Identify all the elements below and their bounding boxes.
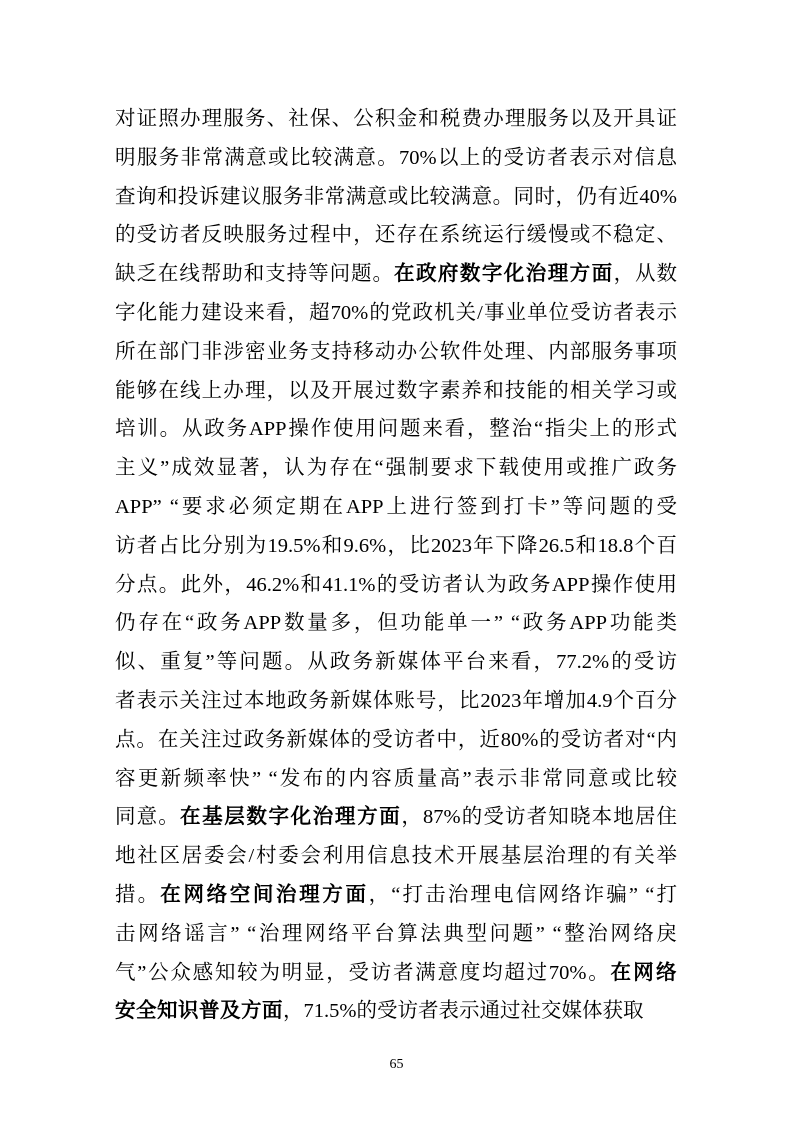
- text-line: 所在部门非涉密业务支持移动办公软件处理、内部服务事项: [115, 333, 677, 372]
- text-line: 培训。从政务APP操作使用问题来看，整治“指尖上的形式: [115, 410, 677, 449]
- bold-heading-segment: 在网络空间治理方面: [160, 883, 368, 906]
- text-segment: 容更新频率快” “发布的内容质量高”表示非常同意或比较: [115, 768, 677, 790]
- text-line: 同意。在基层数字化治理方面，87%的受访者知晓本地居住: [115, 798, 677, 837]
- text-line: 明服务非常满意或比较满意。70%以上的受访者表示对信息: [115, 139, 677, 178]
- text-segment: 的受访者反映服务过程中，还存在系统运行缓慢或不稳定、: [115, 224, 677, 246]
- text-segment: 培训。从政务APP操作使用问题来看，整治“指尖上的形式: [115, 418, 677, 440]
- text-segment: 措。: [115, 884, 160, 906]
- text-segment: 击网络谣言” “治理网络平台算法典型问题” “整治网络戾: [115, 923, 677, 945]
- text-line: 点。在关注过政务新媒体的受访者中，近80%的受访者对“内: [115, 721, 677, 760]
- text-line: 缺乏在线帮助和支持等问题。在政府数字化治理方面，从数: [115, 255, 677, 294]
- text-segment: 能够在线上办理，以及开展过数字素养和技能的相关学习或: [115, 380, 677, 402]
- text-segment: 仍存在“政务APP数量多，但功能单一” “政务APP功能类: [115, 612, 677, 634]
- text-line: 分点。此外，46.2%和41.1%的受访者认为政务APP操作使用: [115, 566, 677, 605]
- bold-heading-segment: 安全知识普及方面: [115, 999, 283, 1022]
- text-line: 似、重复”等问题。从政务新媒体平台来看，77.2%的受访: [115, 643, 677, 682]
- text-line: 安全知识普及方面，71.5%的受访者表示通过社交媒体获取: [115, 992, 677, 1031]
- text-segment: 查询和投诉建议服务非常满意或比较满意。同时，仍有近40%: [115, 186, 677, 208]
- text-segment: 似、重复”等问题。从政务新媒体平台来看，77.2%的受访: [115, 651, 677, 673]
- page-number: 65: [0, 1057, 793, 1073]
- text-segment: 明服务非常满意或比较满意。70%以上的受访者表示对信息: [115, 147, 677, 169]
- text-segment: 地社区居委会/村委会利用信息技术开展基层治理的有关举: [115, 845, 677, 867]
- body-text: 对证照办理服务、社保、公积金和税费办理服务以及开具证明服务非常满意或比较满意。7…: [115, 100, 677, 1031]
- text-line: 击网络谣言” “治理网络平台算法典型问题” “整治网络戾: [115, 915, 677, 954]
- text-line: 仍存在“政务APP数量多，但功能单一” “政务APP功能类: [115, 604, 677, 643]
- text-segment: 所在部门非涉密业务支持移动办公软件处理、内部服务事项: [115, 341, 677, 363]
- text-line: 措。在网络空间治理方面，“打击治理电信网络诈骗” “打: [115, 876, 677, 915]
- text-segment: 对证照办理服务、社保、公积金和税费办理服务以及开具证: [115, 108, 677, 130]
- text-segment: 同意。: [115, 806, 180, 828]
- text-line: 查询和投诉建议服务非常满意或比较满意。同时，仍有近40%: [115, 178, 677, 217]
- text-line: APP” “要求必须定期在APP上进行签到打卡”等问题的受: [115, 488, 677, 527]
- text-line: 字化能力建设来看，超70%的党政机关/事业单位受访者表示: [115, 294, 677, 333]
- text-segment: 字化能力建设来看，超70%的党政机关/事业单位受访者表示: [115, 302, 677, 324]
- text-segment: ，87%的受访者知晓本地居住: [401, 806, 677, 828]
- text-line: 气”公众感知较为明显，受访者满意度均超过70%。在网络: [115, 954, 677, 993]
- text-segment: 点。在关注过政务新媒体的受访者中，近80%的受访者对“内: [115, 729, 677, 751]
- text-line: 能够在线上办理，以及开展过数字素养和技能的相关学习或: [115, 372, 677, 411]
- text-segment: 主义”成效显著，认为存在“强制要求下载使用或推广政务: [115, 457, 677, 479]
- text-line: 的受访者反映服务过程中，还存在系统运行缓慢或不稳定、: [115, 216, 677, 255]
- text-segment: 访者占比分别为19.5%和9.6%，比2023年下降26.5和18.8个百: [115, 535, 677, 557]
- text-segment: ，从数: [614, 263, 677, 285]
- text-segment: 缺乏在线帮助和支持等问题。: [115, 263, 394, 285]
- bold-heading-segment: 在网络: [610, 961, 677, 984]
- text-line: 地社区居委会/村委会利用信息技术开展基层治理的有关举: [115, 837, 677, 876]
- text-line: 访者占比分别为19.5%和9.6%，比2023年下降26.5和18.8个百: [115, 527, 677, 566]
- text-segment: 分点。此外，46.2%和41.1%的受访者认为政务APP操作使用: [115, 574, 677, 596]
- text-segment: 者表示关注过本地政务新媒体账号，比2023年增加4.9个百分: [115, 690, 677, 712]
- text-line: 对证照办理服务、社保、公积金和税费办理服务以及开具证: [115, 100, 677, 139]
- text-segment: ，“打击治理电信网络诈骗” “打: [369, 884, 677, 906]
- bold-heading-segment: 在基层数字化治理方面: [180, 805, 401, 828]
- text-segment: 气”公众感知较为明显，受访者满意度均超过70%。: [115, 962, 610, 984]
- text-segment: APP” “要求必须定期在APP上进行签到打卡”等问题的受: [115, 496, 677, 518]
- bold-heading-segment: 在政府数字化治理方面: [394, 262, 614, 285]
- text-line: 主义”成效显著，认为存在“强制要求下载使用或推广政务: [115, 449, 677, 488]
- text-line: 者表示关注过本地政务新媒体账号，比2023年增加4.9个百分: [115, 682, 677, 721]
- text-segment: ，71.5%的受访者表示通过社交媒体获取: [283, 1000, 643, 1022]
- text-line: 容更新频率快” “发布的内容质量高”表示非常同意或比较: [115, 760, 677, 799]
- document-page: 对证照办理服务、社保、公积金和税费办理服务以及开具证明服务非常满意或比较满意。7…: [0, 0, 793, 1122]
